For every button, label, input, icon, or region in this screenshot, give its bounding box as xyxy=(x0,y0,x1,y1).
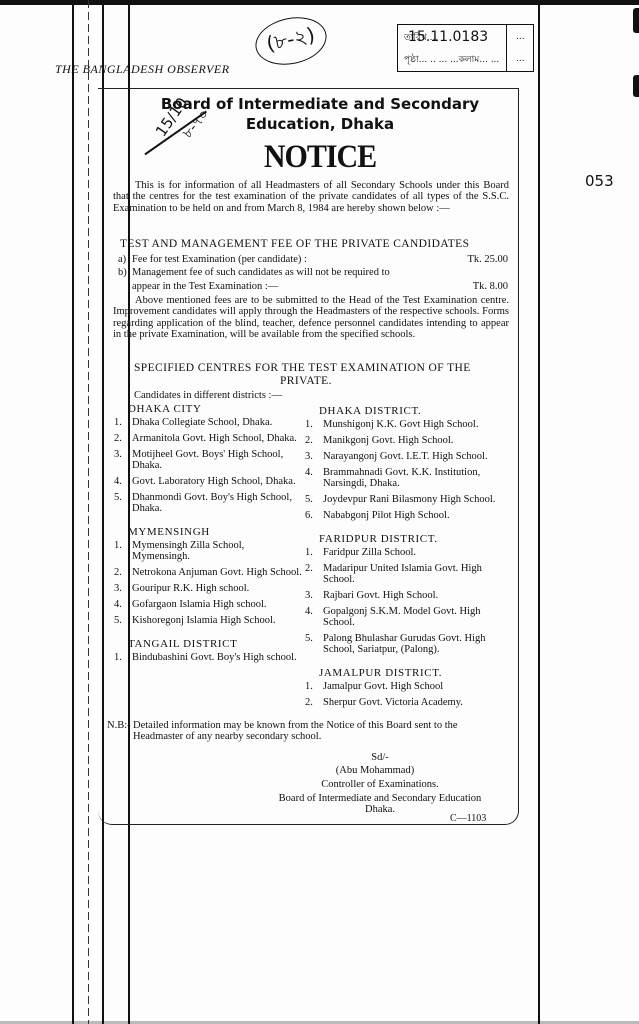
district-heading: FARIDPUR DISTRICT. xyxy=(319,534,510,545)
school-list-item: 1.Munshigonj K.K. Govt High School. xyxy=(305,419,510,430)
school-number: 2. xyxy=(305,435,323,446)
fee-paragraph: Above mentioned fees are to be submitted… xyxy=(113,295,509,341)
fee-amount: Tk. 8.00 xyxy=(438,280,508,294)
school-list-item: 2.Armanitola Govt. High School, Dhaka. xyxy=(114,433,304,444)
district-heading: TANGAIL DISTRICT xyxy=(128,639,304,650)
school-list-item: 2.Madaripur United Islamia Govt. High Sc… xyxy=(305,563,510,585)
nb-note: N.B:- Detailed information may be known … xyxy=(107,720,507,742)
school-list-item: 3.Gouripur R.K. High school. xyxy=(114,583,304,594)
fee-amount: Tk. 25.00 xyxy=(438,254,508,265)
school-list-item: 2.Manikgonj Govt. High School. xyxy=(305,435,510,446)
school-number: 4. xyxy=(114,476,132,487)
fee-heading: TEST AND MANAGEMENT FEE OF THE PRIVATE C… xyxy=(120,238,469,250)
school-name: Motijheel Govt. Boys' High School, Dhaka… xyxy=(132,449,304,471)
school-number: 5. xyxy=(305,633,323,655)
centres-heading-2: PRIVATE. xyxy=(280,375,332,387)
archive-stamp: তারিখ ... 15.11.0183 ... পৃষ্ঠা... .. ..… xyxy=(397,24,534,72)
school-name: Faridpur Zilla School. xyxy=(323,547,510,558)
page-edge-rule xyxy=(538,0,540,1024)
stamp-page-label: পৃষ্ঠা... .. ... ...কলাম... ... xyxy=(404,52,499,67)
school-list-item: 5.Joydevpur Rani Bilasmony High School. xyxy=(305,494,510,505)
school-number: 5. xyxy=(305,494,323,505)
school-number: 5. xyxy=(114,615,132,626)
school-number: 3. xyxy=(305,590,323,601)
school-name: Munshigonj K.K. Govt High School. xyxy=(323,419,510,430)
signature-name: (Abu Mohammad) xyxy=(300,765,450,776)
school-list-item: 4.Gofargaon Islamia High school. xyxy=(114,599,304,610)
school-name: Sherpur Govt. Victoria Academy. xyxy=(323,697,510,708)
school-list-item: 2.Netrokona Anjuman Govt. High School. xyxy=(114,567,304,578)
school-list-item: 4.Govt. Laboratory High School, Dhaka. xyxy=(114,476,304,487)
left-centre-column: DHAKA CITY1.Dhaka Collegiate School, Dha… xyxy=(114,402,304,668)
school-name: Dhaka Collegiate School, Dhaka. xyxy=(132,417,304,428)
district-heading: DHAKA CITY xyxy=(128,404,304,415)
nb-label: N.B:- xyxy=(107,720,133,742)
school-name: Manikgonj Govt. High School. xyxy=(323,435,510,446)
school-number: 4. xyxy=(114,599,132,610)
intro-paragraph: This is for information of all Headmaste… xyxy=(113,180,509,214)
school-number: 4. xyxy=(305,467,323,489)
school-name: Joydevpur Rani Bilasmony High School. xyxy=(323,494,510,505)
handwritten-circled-mark: (৮-২) xyxy=(251,11,331,71)
scan-top-edge xyxy=(0,0,639,5)
school-list-item: 1.Dhaka Collegiate School, Dhaka. xyxy=(114,417,304,428)
fee-label: a) xyxy=(118,254,132,265)
school-name: Govt. Laboratory High School, Dhaka. xyxy=(132,476,304,487)
school-name: Palong Bhulashar Gurudas Govt. High Scho… xyxy=(323,633,510,655)
school-name: Armanitola Govt. High School, Dhaka. xyxy=(132,433,304,444)
school-number: 1. xyxy=(305,681,323,692)
issuer-line-2: Education, Dhaka xyxy=(120,115,520,133)
school-name: Dhanmondi Govt. Boy's High School, Dhaka… xyxy=(132,492,304,514)
school-number: 3. xyxy=(305,451,323,462)
stamp-page-row: পৃষ্ঠা... .. ... ...কলাম... ... ... xyxy=(404,49,533,69)
candidates-intro: Candidates in different districts :— xyxy=(134,390,282,401)
stamp-date-value: 15.11.0183 xyxy=(408,29,488,45)
fee-text: Management fee of such candidates as wil… xyxy=(132,266,438,294)
fee-label: b) xyxy=(118,266,132,294)
fee-paragraph-text: Above mentioned fees are to be submitted… xyxy=(113,295,509,341)
school-name: Kishoregonj Islamia High School. xyxy=(132,615,304,626)
scan-blot xyxy=(633,8,639,33)
school-list-item: 6.Nababgonj Pilot High School. xyxy=(305,510,510,521)
school-name: Nababgonj Pilot High School. xyxy=(323,510,510,521)
school-name: Jamalpur Govt. High School xyxy=(323,681,510,692)
school-name: Gofargaon Islamia High school. xyxy=(132,599,304,610)
stamp-tail: ... xyxy=(516,54,525,64)
school-number: 1. xyxy=(305,419,323,430)
fee-item-b: b) Management fee of such candidates as … xyxy=(118,266,508,294)
school-list-item: 3.Rajbari Govt. High School. xyxy=(305,590,510,601)
school-name: Gouripur R.K. High school. xyxy=(132,583,304,594)
district-heading: MYMENSINGH xyxy=(128,527,304,538)
page-number: 053 xyxy=(585,172,614,190)
notice-title: NOTICE xyxy=(120,138,520,175)
school-name: Bindubashini Govt. Boy's High school. xyxy=(132,652,304,663)
school-name: Narayangonj Govt. I.E.T. High School. xyxy=(323,451,510,462)
school-list-item: 5.Dhanmondi Govt. Boy's High School, Dha… xyxy=(114,492,304,514)
district-heading: JAMALPUR DISTRICT. xyxy=(319,668,510,679)
school-number: 6. xyxy=(305,510,323,521)
school-number: 3. xyxy=(114,583,132,594)
signature-sd: Sd/- xyxy=(330,752,430,763)
stamp-tail: ... xyxy=(516,32,525,42)
stamp-divider xyxy=(506,25,507,71)
right-centre-column: DHAKA DISTRICT.1.Munshigonj K.K. Govt Hi… xyxy=(305,404,510,713)
stamp-date-row: তারিখ ... 15.11.0183 ... xyxy=(404,27,533,47)
binding-line-dashed xyxy=(88,0,89,1024)
school-name: Gopalgonj S.K.M. Model Govt. High School… xyxy=(323,606,510,628)
school-number: 2. xyxy=(114,433,132,444)
school-list-item: 4.Gopalgonj S.K.M. Model Govt. High Scho… xyxy=(305,606,510,628)
school-number: 1. xyxy=(114,540,132,562)
school-number: 2. xyxy=(305,697,323,708)
school-list-item: 1.Bindubashini Govt. Boy's High school. xyxy=(114,652,304,663)
signature-title: Controller of Examinations. xyxy=(280,779,480,790)
school-number: 1. xyxy=(114,652,132,663)
school-number: 1. xyxy=(305,547,323,558)
school-number: 4. xyxy=(305,606,323,628)
school-name: Netrokona Anjuman Govt. High School. xyxy=(132,567,304,578)
school-list-item: 1.Mymensingh Zilla School, Mymensingh. xyxy=(114,540,304,562)
reference-code: C—1103 xyxy=(450,813,486,824)
signature-org: Board of Intermediate and Secondary Educ… xyxy=(250,793,510,804)
signature-city: Dhaka. xyxy=(330,804,430,815)
school-number: 2. xyxy=(114,567,132,578)
centres-heading: SPECIFIED CENTRES FOR THE TEST EXAMINATI… xyxy=(134,362,471,374)
school-name: Madaripur United Islamia Govt. High Scho… xyxy=(323,563,510,585)
fee-item-a: a) Fee for test Examination (per candida… xyxy=(118,254,508,265)
binding-line xyxy=(72,0,74,1024)
school-list-item: 4.Brammahnadi Govt. K.K. Institution, Na… xyxy=(305,467,510,489)
district-heading: DHAKA DISTRICT. xyxy=(319,406,510,417)
nb-text: Detailed information may be known from t… xyxy=(133,720,507,742)
school-list-item: 3.Motijheel Govt. Boys' High School, Dha… xyxy=(114,449,304,471)
school-name: Mymensingh Zilla School, Mymensingh. xyxy=(132,540,304,562)
intro-text: This is for information of all Headmaste… xyxy=(113,180,509,214)
school-list-item: 5.Kishoregonj Islamia High School. xyxy=(114,615,304,626)
issuer-line-1: Board of Intermediate and Secondary xyxy=(120,95,520,113)
newspaper-name: THE BANGLADESH OBSERVER xyxy=(55,62,230,77)
school-name: Brammahnadi Govt. K.K. Institution, Nars… xyxy=(323,467,510,489)
school-list-item: 5.Palong Bhulashar Gurudas Govt. High Sc… xyxy=(305,633,510,655)
school-number: 1. xyxy=(114,417,132,428)
school-list-item: 1.Faridpur Zilla School. xyxy=(305,547,510,558)
school-list-item: 2.Sherpur Govt. Victoria Academy. xyxy=(305,697,510,708)
school-name: Rajbari Govt. High School. xyxy=(323,590,510,601)
school-list-item: 3.Narayangonj Govt. I.E.T. High School. xyxy=(305,451,510,462)
school-list-item: 1.Jamalpur Govt. High School xyxy=(305,681,510,692)
school-number: 5. xyxy=(114,492,132,514)
school-number: 2. xyxy=(305,563,323,585)
fee-text: Fee for test Examination (per candidate)… xyxy=(132,254,438,265)
scan-blot xyxy=(633,75,639,97)
school-number: 3. xyxy=(114,449,132,471)
